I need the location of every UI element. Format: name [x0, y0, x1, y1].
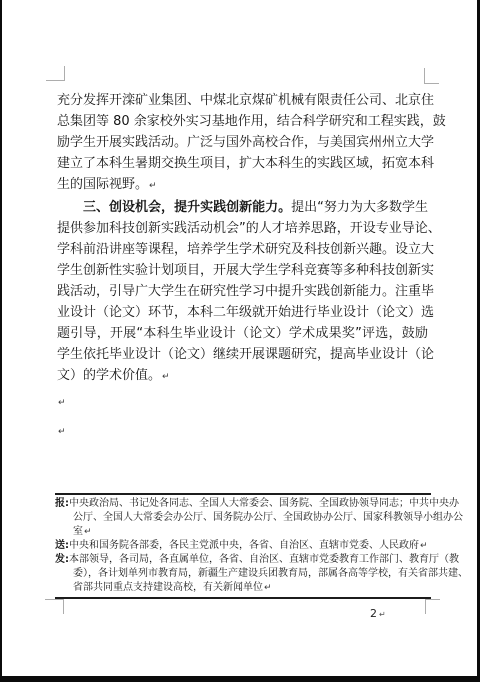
text-boundary-mark-top-left — [46, 66, 65, 81]
paragraph-mark-icon: ↵ — [84, 527, 92, 537]
text-line: 学生创新性实验计划项目，开展大学生学科竞赛等多种科技创新实 — [57, 260, 428, 281]
distribution-text: 中央和国务院各部委，各民主党派中央，各省、自治区、直辖市党委、人民政府 — [69, 540, 419, 551]
text-line: ↵ — [57, 388, 428, 417]
text-line: 学生依托毕业设计（论文）继续开展课题研究，提高毕业设计（论 — [57, 344, 428, 365]
paragraph-mark-icon: ↵ — [58, 427, 66, 437]
body-text-segment: 践活动，引导广大学生在研究性学习中提升实践创新能力。注重毕 — [57, 284, 434, 299]
text-boundary-mark-bottom-left — [45, 599, 64, 614]
body-text: 充分发挥开滦矿业集团、中煤北京煤矿机械有限责任公司、北京住总集团等 80 余家校… — [57, 90, 428, 446]
text-line: 充分发挥开滦矿业集团、中煤北京煤矿机械有限责任公司、北京住 — [57, 90, 428, 111]
text-line: 文）的学术价值。↵ — [57, 365, 428, 388]
text-boundary-mark-bottom-right — [425, 599, 440, 614]
body-text-segment: 充分发挥开滦矿业集团、中煤北京煤矿机械有限责任公司、北京住 — [57, 93, 434, 108]
body-text-segment: 文）的学术价值。 — [57, 368, 161, 383]
body-text-segment: 提出“努力为大多数学生 — [291, 200, 428, 215]
body-text-segment: 建立了本科生暑期交换生项目，扩大本科生的实践区域，拓宽本科 — [57, 156, 434, 171]
distribution-line: 发:本部领导，各司局，各直属单位，各省、自治区、直辖市党委教育工作部门、教育厅（… — [55, 553, 431, 567]
distribution-label: 送: — [55, 540, 69, 551]
distribution-text: 中央政治局、书记处各同志、全国人大常委会、国务院、全国政协领导同志；中共中央办 — [69, 498, 459, 509]
page-left-edge — [0, 0, 2, 682]
text-line: 提供参加科技创新实践活动机会”的人才培养思路，开设专业导论、 — [57, 218, 428, 239]
paragraph-mark-icon: ↵ — [149, 181, 157, 191]
text-line: 励学生开展实践活动。广泛与国外高校合作，与美国宾州州立大学 — [57, 132, 428, 153]
text-line: 生的国际视野。↵ — [57, 174, 428, 197]
distribution-line: 省部共同重点支持建设高校，有关新闻单位↵ — [55, 581, 431, 595]
text-line: 三、创设机会，提升实践创新能力。提出“努力为大多数学生 — [57, 197, 428, 218]
distribution-line: 公厅、全国人大常委会办公厅、国务院办公厅、全国政协办公厅、国家科教领导小组办公 — [55, 511, 431, 525]
body-text-segment: 学科前沿讲座等课程，培养学生学术研究及科技创新兴趣。设立大 — [57, 242, 434, 257]
body-text-segment: 提供参加科技创新实践活动机会”的人才培养思路，开设专业导论、 — [57, 221, 441, 236]
distribution-text: 委），各计划单列市教育局，新疆生产建设兵团教育局，部属各高等学校，有关省部共建、 — [73, 568, 468, 579]
distribution-block: 报:中央政治局、书记处各同志、全国人大常委会、国务院、全国政协领导同志；中共中央… — [55, 493, 431, 599]
distribution-label: 报: — [55, 498, 69, 509]
distribution-text: 省部共同重点支持建设高校，有关新闻单位 — [73, 582, 263, 593]
text-boundary-mark-top-right — [424, 68, 439, 84]
body-text-segment: 学生创新性实验计划项目，开展大学生学科竞赛等多种科技创新实 — [57, 263, 434, 278]
paragraph-mark-icon: ↵ — [379, 610, 387, 619]
distribution-text: 本部领导，各司局，各直属单位，各省、自治区、直辖市党委教育工作部门、教育厅（教 — [69, 554, 459, 565]
page-number-value: 2 — [370, 607, 378, 620]
text-line: 建立了本科生暑期交换生项目，扩大本科生的实践区域，拓宽本科 — [57, 153, 428, 174]
page-number: 2↵ — [370, 607, 387, 620]
text-line: 题引导，开展“本科生毕业设计（论文）学术成果奖”评选，鼓励 — [57, 323, 428, 344]
distribution-text: 公厅、全国人大常委会办公厅、国务院办公厅、全国政协办公厅、国家科教领导小组办公 — [73, 512, 463, 523]
body-text-segment: 生的国际视野。 — [57, 177, 148, 192]
heading-text: 三、创设机会，提升实践创新能力。 — [83, 200, 291, 215]
text-line: 学科前沿讲座等课程，培养学生学术研究及科技创新兴趣。设立大 — [57, 239, 428, 260]
text-line: 业设计（论文）环节，本科二年级就开始进行毕业设计（论文）选 — [57, 302, 428, 323]
page-bottom-edge — [0, 676, 480, 682]
distribution-text: 室 — [73, 526, 83, 537]
distribution-line: 报:中央政治局、书记处各同志、全国人大常委会、国务院、全国政协领导同志；中共中央… — [55, 497, 431, 511]
body-text-segment: 励学生开展实践活动。广泛与国外高校合作，与美国宾州州立大学 — [57, 135, 434, 150]
body-text-segment: 总集团等 80 余家校外实习基地作用，结合科学研究和工程实践，鼓 — [57, 114, 446, 129]
paragraph-mark-icon: ↵ — [58, 398, 66, 408]
distribution-line: 委），各计划单列市教育局，新疆生产建设兵团教育局，部属各高等学校，有关省部共建、 — [55, 567, 431, 581]
distribution-line: 送:中央和国务院各部委，各民主党派中央，各省、自治区、直辖市党委、人民政府↵ — [55, 539, 431, 553]
paragraph-mark-icon: ↵ — [264, 583, 272, 593]
paragraph-mark-icon: ↵ — [420, 541, 428, 551]
distribution-label: 发: — [55, 554, 69, 565]
body-text-segment: 学生依托毕业设计（论文）继续开展课题研究，提高毕业设计（论 — [57, 347, 434, 362]
distribution-line: 室↵ — [55, 525, 431, 539]
body-text-segment: 业设计（论文）环节，本科二年级就开始进行毕业设计（论文）选 — [57, 305, 434, 320]
text-line: 践活动，引导广大学生在研究性学习中提升实践创新能力。注重毕 — [57, 281, 428, 302]
paragraph-mark-icon: ↵ — [162, 372, 170, 382]
document-page: 充分发挥开滦矿业集团、中煤北京煤矿机械有限责任公司、北京住总集团等 80 余家校… — [0, 0, 480, 682]
text-line: ↵ — [57, 417, 428, 446]
body-text-segment: 题引导，开展“本科生毕业设计（论文）学术成果奖”评选，鼓励 — [57, 326, 428, 341]
text-line: 总集团等 80 余家校外实习基地作用，结合科学研究和工程实践，鼓 — [57, 111, 428, 132]
